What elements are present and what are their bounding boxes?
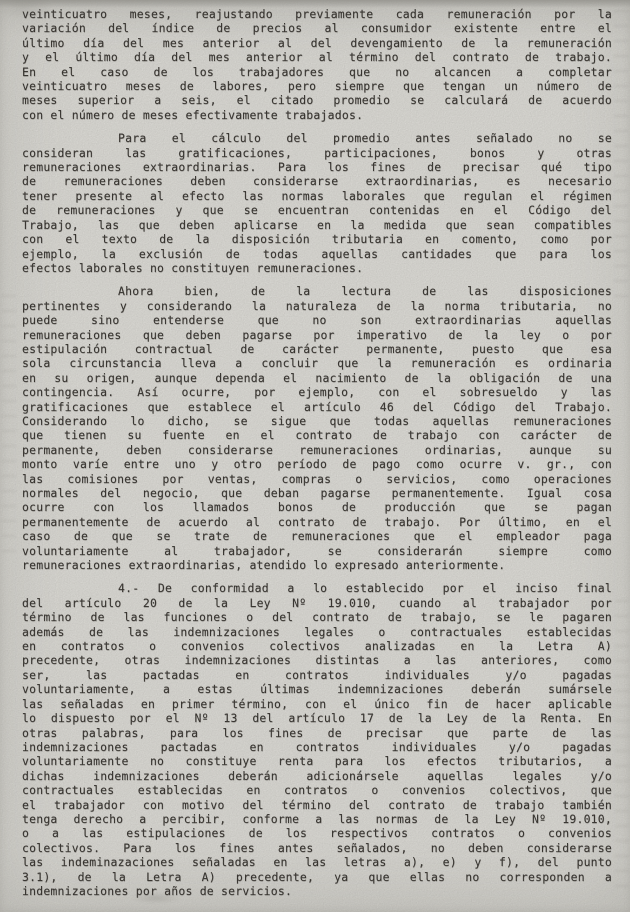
text-line: con el texto de la disposición tributari… (22, 232, 612, 246)
text-line: permanente, deben considerarse remunerac… (22, 443, 612, 457)
text-line: el trabajador con motivo del término del… (22, 798, 612, 812)
paragraph-3: Ahora bien, de la lectura de las disposi… (22, 284, 612, 572)
text-line: en su origen, aunque dependa el nacimien… (22, 371, 612, 385)
text-line: voluntariamente al trabajador, se consid… (22, 544, 612, 558)
text-line: de remuneraciones y que se encuentran co… (22, 203, 612, 217)
text-line: del artículo 20 de la Ley Nº 19.010, cua… (22, 596, 612, 610)
text-line: monto varíe entre uno y otro período de … (22, 457, 612, 471)
bleed-through-artifact (614, 10, 628, 300)
text-line: voluntariamente no constituye renta para… (22, 754, 612, 768)
text-line: las comisiones por ventas, compras o ser… (22, 472, 612, 486)
text-line: en contratos o convenios colectivos anal… (22, 639, 612, 653)
text-line: voluntariamente, a estas últimas indemni… (22, 682, 612, 696)
bleed-through-artifact (2, 295, 16, 560)
text-line: caso de que se trate de remuneraciones q… (22, 529, 612, 543)
text-line: colectivos. Para los fines antes señalad… (22, 841, 612, 855)
text-line: sola circunstancia lleva a concluir que … (22, 356, 612, 370)
paragraph-2: Para el cálculo del promedio antes señal… (22, 131, 612, 275)
document-body: veinticuatro meses, reajustando previame… (22, 7, 612, 907)
text-line: meses superior a seis, el citado promedi… (22, 93, 612, 107)
text-line: remuneraciones extraordinarias, atendido… (22, 558, 612, 572)
text-line: con el número de meses efectivamente tra… (22, 108, 612, 122)
text-line: Ahora bien, de la lectura de las disposi… (22, 284, 612, 298)
text-line: las señaladas en primer término, con el … (22, 697, 612, 711)
text-line: ser, las pactadas en contratos individua… (22, 668, 612, 682)
text-line: último día del mes anterior al del deven… (22, 36, 612, 50)
text-line: Trabajo, las que deben aplicarse en la m… (22, 218, 612, 232)
text-line: que tienen su fuente en el contrato de t… (22, 428, 612, 442)
text-line: ejemplo, la exclusión de todas aquellas … (22, 247, 612, 261)
text-line: además de las indemnizaciones legales o … (22, 625, 612, 639)
text-line: dichas indemnizaciones deberán adicionár… (22, 769, 612, 783)
document-page: veinticuatro meses, reajustando previame… (0, 0, 630, 912)
text-line: tenga derecho a percibir, conforme a las… (22, 812, 612, 826)
paragraph-4: 4.- De conformidad a lo establecido por … (22, 581, 612, 898)
text-line: Considerando lo dicho, se sigue que toda… (22, 414, 612, 428)
text-line: estipulación contractual de carácter per… (22, 342, 612, 356)
text-line: En el caso de los trabajadores que no al… (22, 65, 612, 79)
text-line: remuneraciones que deben pagarse por imp… (22, 328, 612, 342)
text-line: gratificaciones que establece el artícul… (22, 400, 612, 414)
text-line: tener presente al efecto las normas labo… (22, 189, 612, 203)
text-line: contractuales establecidas en contratos … (22, 783, 612, 797)
text-line: indemnizaciones pactadas en contratos in… (22, 740, 612, 754)
text-line: consideran las gratificaciones, particip… (22, 146, 612, 160)
text-line: variación del índice de precios al consu… (22, 21, 612, 35)
text-line: veinticuatro meses de labores, pero siem… (22, 79, 612, 93)
text-line: permanentemente de acuerdo al contrato d… (22, 515, 612, 529)
text-line: indemnizaciones por años de servicios. (22, 884, 612, 898)
text-line: efectos laborales no constituyen remuner… (22, 261, 612, 275)
text-line: otras palabras, para los fines de precis… (22, 726, 612, 740)
text-line: y el último día del mes anterior al térm… (22, 50, 612, 64)
paragraph-1: veinticuatro meses, reajustando previame… (22, 7, 612, 122)
text-line: puede sino entenderse que no son extraor… (22, 313, 612, 327)
text-line: ocurre con los llamados bonos de producc… (22, 500, 612, 514)
text-line: contingencia. Así ocurre, por ejemplo, c… (22, 385, 612, 399)
text-line: normales del negocio, que deban pagarse … (22, 486, 612, 500)
text-line: o a las estipulaciones de los respectivo… (22, 826, 612, 840)
text-line: precedente, otras indemnizaciones distin… (22, 653, 612, 667)
text-line: lo dispuesto por el Nº 13 del artículo 1… (22, 711, 612, 725)
text-line: veinticuatro meses, reajustando previame… (22, 7, 612, 21)
text-line: las indeminazaciones señaladas en las le… (22, 855, 612, 869)
text-line: pertinentes y considerando la naturaleza… (22, 299, 612, 313)
text-line: término de las funciones o del contrato … (22, 610, 612, 624)
text-line: 4.- De conformidad a lo establecido por … (22, 581, 612, 595)
bleed-through-artifact (615, 600, 629, 900)
text-line: 3.1), de la Letra A) precedente, ya que … (22, 870, 612, 884)
text-line: Para el cálculo del promedio antes señal… (22, 131, 612, 145)
text-line: remuneraciones extraordinarias. Para los… (22, 160, 612, 174)
text-line: de remuneraciones deben considerarse ext… (22, 174, 612, 188)
